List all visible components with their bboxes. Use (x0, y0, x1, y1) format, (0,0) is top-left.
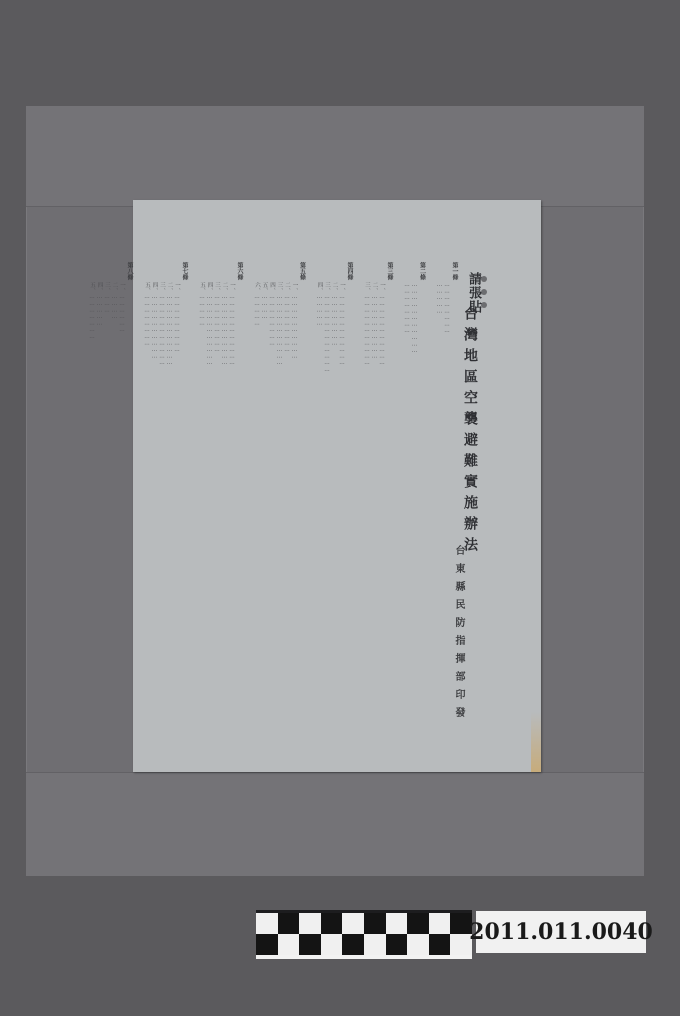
scale-cell (256, 913, 278, 934)
document-title: 台灣地區空襲避難實施辦法 (463, 306, 477, 558)
article-line: 二、…………………………… (221, 282, 227, 367)
article-heading: 第一條 (451, 262, 457, 280)
article-line: 四、…………… (96, 282, 102, 327)
scale-cell (299, 913, 321, 934)
article-line: 四、…………………………… (206, 282, 212, 367)
article-line: 一、…………………………… (339, 282, 345, 367)
article-line: 三、…………………………… (159, 282, 165, 367)
scale-row-bottom (256, 934, 472, 955)
article-heading: 第五條 (299, 262, 305, 280)
article-line: 二、………… (111, 282, 117, 321)
article-line: …………… (436, 282, 442, 315)
article-line: 三、…………………………… (276, 282, 282, 367)
article-line: …………………… (404, 282, 410, 335)
article-line: 二、………………………… (371, 282, 377, 360)
scale-row-top (256, 913, 472, 934)
article-line: 一、………………………… (291, 282, 297, 360)
scale-cell (364, 913, 386, 934)
issuer-signature: 台東縣民防指揮部印發 (453, 545, 463, 725)
scale-cell (278, 913, 300, 934)
bullet-dots (481, 276, 489, 315)
article-line: 四、…………………… (269, 282, 275, 347)
article-line: …………………………… (411, 282, 417, 355)
scale-cell (256, 934, 278, 955)
scale-cell (407, 934, 429, 955)
article-line: 六、…………… (254, 282, 260, 327)
backing-strip-bottom (26, 772, 644, 876)
article-line: 一、…………………………… (379, 282, 385, 367)
scale-cell (429, 913, 451, 934)
paper-stain (531, 712, 541, 772)
article-line: 一、…………………………… (229, 282, 235, 367)
article-heading: 第八條 (126, 262, 132, 280)
article-line: 二、……………………… (284, 282, 290, 354)
article-line: 四、………………………… (151, 282, 157, 360)
scale-cell (429, 934, 451, 955)
article-line: 二、…………………… (331, 282, 337, 347)
article-line: 一、……………… (119, 282, 125, 334)
article-line: 三、……………………… (214, 282, 220, 354)
article-line: 三、…………………………… (364, 282, 370, 367)
article-line: 五、………………… (89, 282, 95, 340)
scale-cell (342, 913, 364, 934)
article-heading: 第七條 (181, 262, 187, 280)
poster-document: 請張貼 台灣地區空襲避難實施辦法 台東縣民防指揮部印發 第一條………………………… (133, 200, 541, 772)
scale-cell (342, 934, 364, 955)
article-line: 五、………… (261, 282, 267, 321)
article-line: 四、…………… (316, 282, 322, 327)
article-heading: 第四條 (346, 262, 352, 280)
scale-cell (407, 913, 429, 934)
scale-cell (364, 934, 386, 955)
article-heading: 第六條 (236, 262, 242, 280)
scale-cell (278, 934, 300, 955)
article-line: 三、……… (104, 282, 110, 314)
scale-cell (321, 913, 343, 934)
article-line: …………………… (444, 282, 450, 335)
article-line: 五、…………… (199, 282, 205, 327)
article-line: 一、……………………… (174, 282, 180, 354)
catalog-number-label: 2011.011.0040 (476, 911, 646, 953)
backing-strip-top (26, 106, 644, 207)
color-scale-bar (256, 910, 472, 959)
scale-cell (321, 934, 343, 955)
scale-cell (299, 934, 321, 955)
scale-cell (386, 913, 408, 934)
article-heading: 第二條 (419, 262, 425, 280)
scale-cell (386, 934, 408, 955)
article-heading: 第三條 (386, 262, 392, 280)
article-line: 三、……………………………… (324, 282, 330, 373)
article-line: 五、…………………… (144, 282, 150, 347)
article-line: 二、…………………………… (166, 282, 172, 367)
